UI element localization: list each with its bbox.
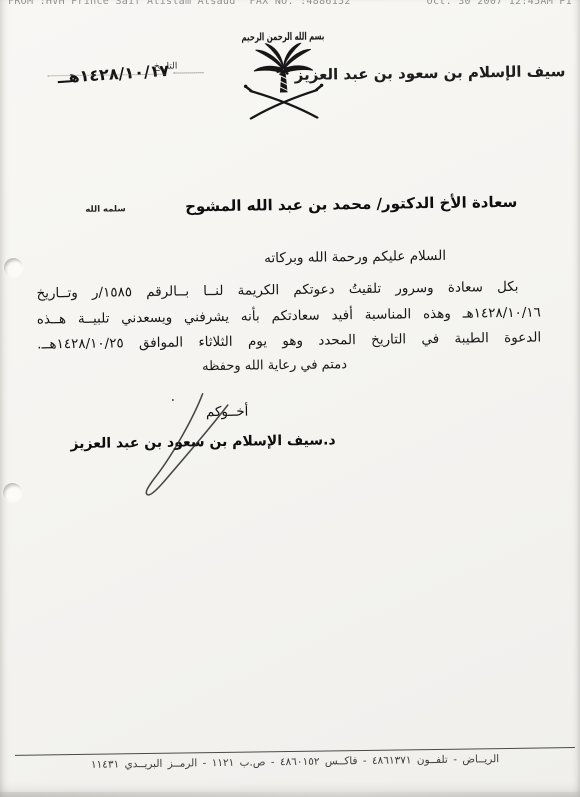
greeting-line: السلام عليكم ورحمة الله وبركاته [264,248,446,267]
letter-content: بسم الله الرحمن الرحيم [0,0,580,797]
scanned-letter-page: FROM :HVH Prince Saif Alislam AlsaudFAX … [0,0,580,797]
scan-edge-shadow [0,792,580,797]
dotted-leader [173,72,203,73]
closing-prayer: دمتم في رعاية الله وحفظه [19,355,529,377]
footer-contact-line: الريــاض - تلفــون ٤٨٦١٣٧١ - فاكــس ٤٨٦٠… [15,752,575,772]
salute-text: سلمه الله [85,204,126,217]
sender-name-calligraphy: سيف الإسلام بن سعود بن عبد العزيز [370,62,565,83]
body-paragraph: بكل سعادة وسرور تلقيتُ دعوتكم الكريمة لن… [36,274,541,358]
handwritten-signature [115,383,277,510]
date-field: التاريخ ١٤٢٨/١٠/١٧هــ [25,61,205,98]
addressee-row: سعادة الأخ الدكتور/ محمد بن عبد الله الم… [85,193,517,217]
bismillah-calligraphy: بسم الله الرحمن الرحيم [241,30,324,43]
addressee-name: سعادة الأخ الدكتور/ محمد بن عبد الله الم… [185,193,517,216]
